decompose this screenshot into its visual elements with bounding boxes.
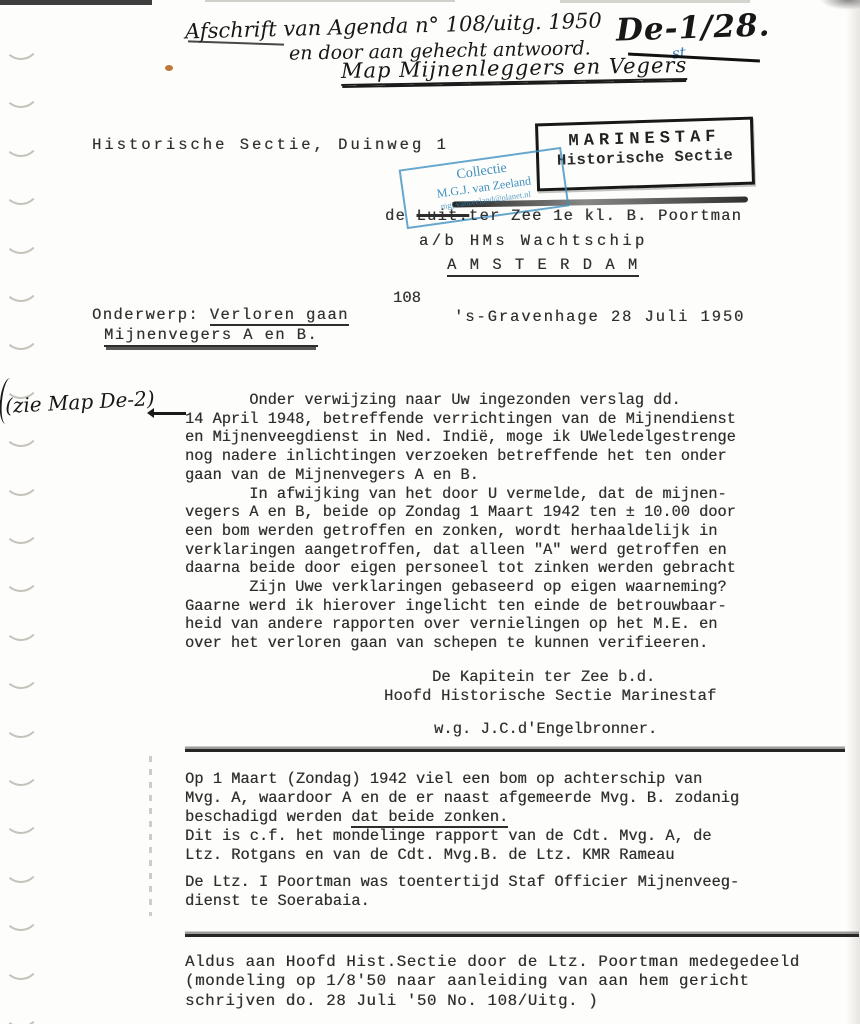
body-line: vegers A en B, beide op Zondag 1 Maart 1… <box>185 503 736 522</box>
document-page: Afschrift van Agenda n° 108/uitg. 1950 e… <box>0 0 860 1024</box>
letter-body: Onder verwijzing naar Uw ingezonden vers… <box>185 391 736 653</box>
note-line-underlined: dat beide zonken. <box>351 808 508 828</box>
binding-hole <box>2 219 40 255</box>
sender-line: Historische Sectie, Duinweg 1 <box>92 136 449 154</box>
binding-hole <box>2 751 40 787</box>
ink-spot <box>165 65 173 71</box>
binding-hole <box>2 945 40 981</box>
note-line: schrijven do. 28 Juli '50 No. 108/Uitg. … <box>185 992 800 1011</box>
binding-hole <box>2 557 40 593</box>
note-line: beschadigd werden dat beide zonken. <box>185 808 739 827</box>
annotation-note-1: Op 1 Maart (Zondag) 1942 viel een bom op… <box>185 770 739 865</box>
binding-hole <box>2 848 40 884</box>
subject-label: Onderwerp: <box>92 306 210 324</box>
binding-hole <box>2 73 40 109</box>
annotation-note-2: Aldus aan Hoofd Hist.Sectie door de Ltz.… <box>185 953 800 1011</box>
body-line: Onder verwijzing naar Uw ingezonden vers… <box>185 391 736 410</box>
scan-edge-mark <box>560 0 750 3</box>
binding-hole <box>2 315 40 351</box>
recipient-struck-rank: Luit. <box>417 207 470 225</box>
body-line: een bom werden getroffen en zonken, word… <box>185 522 736 541</box>
recipient-city: A M S T E R D A M <box>447 256 639 277</box>
note-line: Aldus aan Hoofd Hist.Sectie door de Ltz.… <box>185 953 800 972</box>
binding-hole <box>2 25 40 61</box>
subject-underlined: Verloren gaan <box>210 306 349 326</box>
subject-line2: Mijnenvegers A en B. <box>104 326 318 347</box>
recipient-line2: a/b HMs Wachtschip <box>419 232 648 250</box>
binding-hole <box>2 896 40 932</box>
signature-title-line2: Hoofd Historische Sectie Marinestaf <box>384 687 717 705</box>
binding-hole <box>2 461 40 497</box>
binding-hole <box>2 654 40 690</box>
subject-line1: Onderwerp: Verloren gaan <box>92 306 349 324</box>
note-line: Ltz. Rotgans en van de Cdt. Mvg.B. de Lt… <box>185 846 739 865</box>
binding-hole <box>2 799 40 835</box>
binding-hole <box>2 993 40 1024</box>
note-line: Op 1 Maart (Zondag) 1942 viel een bom op… <box>185 770 739 789</box>
scan-edge-mark <box>205 0 455 2</box>
body-line: en Mijnenveegdienst in Ned. Indië, moge … <box>185 428 736 447</box>
body-line: Zijn Uwe verklaringen gebaseerd op eigen… <box>185 578 736 597</box>
document-number: 108 <box>393 289 421 307</box>
body-line: nog nadere inlichtingen verzoeken betref… <box>185 447 736 466</box>
signature-title-line1: De Kapitein ter Zee b.d. <box>432 668 655 686</box>
body-line: In afwijking van het door U vermelde, da… <box>185 485 736 504</box>
body-line: daarna beide door eigen personeel tot zi… <box>185 559 736 578</box>
recipient-line1: de Luit.ter Zee 1e kl. B. Poortman <box>385 207 742 225</box>
signature-signed: w.g. J.C.d'Engelbronner. <box>434 720 657 738</box>
binding-hole <box>2 122 40 158</box>
binding-hole <box>2 267 40 303</box>
note-line: dienst te Soerabaia. <box>185 892 739 911</box>
recipient-prefix: de <box>385 207 417 225</box>
separator-line <box>185 934 859 937</box>
note-line: Mvg. A, waardoor A en de er naast afgeme… <box>185 789 739 808</box>
marinestaf-stamp: MARINESTAF Historische Sectie <box>535 117 755 192</box>
scan-edge-mark <box>0 0 152 5</box>
separator-line <box>185 749 845 752</box>
body-line: gaan van de Mijnenvegers A en B. <box>185 466 736 485</box>
binding-hole <box>2 509 40 545</box>
body-line: Gaarne werd ik hierover ingelicht ten ei… <box>185 597 736 616</box>
page-edge-shadow <box>846 0 860 1024</box>
body-line: heid van andere rapporten over vernielin… <box>185 615 736 634</box>
note-line: Dit is c.f. het mondelinge rapport van d… <box>185 827 739 846</box>
handwritten-map-title: Map Mijnenleggers en Vegers <box>341 53 688 86</box>
body-line: 14 April 1948, betreffende verrichtingen… <box>185 410 736 429</box>
annotation-note-1b: De Ltz. I Poortman was toentertijd Staf … <box>185 873 739 911</box>
margin-pencil-marks <box>149 756 152 916</box>
margin-note-arrow <box>150 412 186 415</box>
handwritten-doc-number: De-1/28. <box>615 7 770 48</box>
place-date: 's-Gravenhage 28 Juli 1950 <box>454 308 745 326</box>
body-line: over het verloren gaan van schepen te ku… <box>185 634 736 653</box>
note-line-text: beschadigd werden <box>185 808 351 826</box>
recipient-rest: ter Zee 1e kl. B. Poortman <box>469 207 742 225</box>
binding-hole <box>2 703 40 739</box>
note-line: (mondeling op 1/8'50 naar aanleiding van… <box>185 972 800 991</box>
body-line: verklaringen aangetroffen, dat alleen "A… <box>185 541 736 560</box>
note-line: De Ltz. I Poortman was toentertijd Staf … <box>185 873 739 892</box>
binding-hole <box>2 170 40 206</box>
binding-hole <box>2 606 40 642</box>
